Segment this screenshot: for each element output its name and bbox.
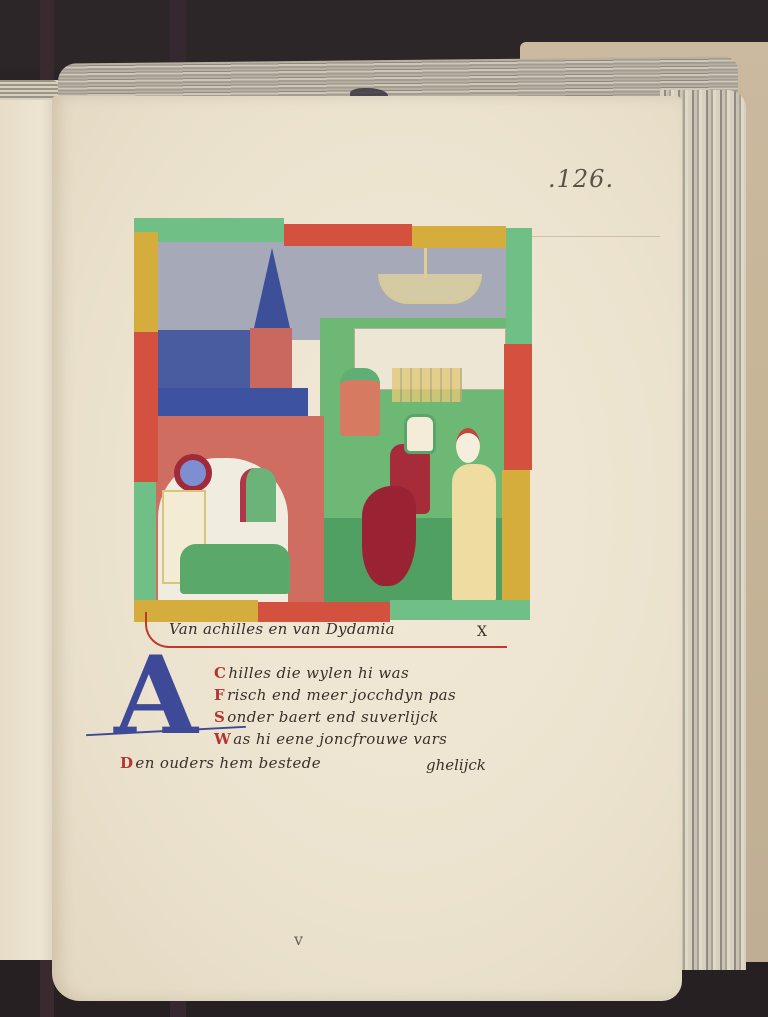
verse-line: Chilles die wylen hi was — [214, 664, 409, 682]
catchword: ghelijck — [426, 756, 486, 774]
folio-number: .126. — [548, 165, 614, 193]
church-roof-lower — [158, 388, 308, 418]
border-right-green — [506, 228, 532, 344]
ship — [378, 274, 482, 304]
border-left-green — [134, 482, 156, 610]
verse-line: Was hi eene joncfrouwe vars — [214, 730, 447, 748]
verse-capital: F — [214, 686, 225, 704]
bed-cover — [180, 544, 290, 594]
rubric: Van achilles en van Dydamia X — [145, 612, 510, 652]
church-spire — [254, 248, 290, 328]
woman-in-yellow-head — [456, 428, 480, 463]
illuminated-miniature — [134, 218, 532, 624]
woman-in-yellow — [452, 464, 496, 604]
woman-in-red-head — [404, 414, 436, 454]
verse-line: Sonder baert end suverlijck — [214, 708, 439, 726]
border-right-yellow — [502, 470, 530, 604]
arched-window — [240, 468, 276, 522]
border-right-red — [504, 344, 532, 470]
crowd — [392, 368, 462, 402]
verse-capital: C — [214, 664, 226, 682]
rubric-text: Van achilles en van Dydamia — [169, 620, 395, 638]
verse-text: onder baert end suverlijck — [227, 708, 438, 726]
border-left-red — [134, 332, 158, 482]
verse-capital: D — [120, 754, 133, 772]
verse-capital: W — [214, 730, 231, 748]
left-page-edge — [0, 80, 58, 960]
border-top-red — [284, 224, 412, 246]
rose-window — [174, 454, 212, 492]
woman-in-red — [362, 486, 416, 586]
verse-text: as hi eene joncfrouwe vars — [233, 730, 447, 748]
left-page-leaves — [0, 80, 58, 100]
verse-line: Den ouders hem bestede — [120, 754, 321, 772]
verse-text: hilles die wylen hi was — [228, 664, 409, 682]
verse-capital: S — [214, 708, 225, 726]
rubric-chapter-number: X — [477, 624, 487, 640]
quire-signature: v — [294, 930, 303, 949]
border-top-yellow — [412, 226, 506, 248]
verse-text: en ouders hem bestede — [135, 754, 321, 772]
seated-man — [340, 368, 380, 436]
border-left-yellow — [134, 232, 158, 332]
verse-text: risch end meer jocchdyn pas — [227, 686, 456, 704]
verse-line: Frisch end meer jocchdyn pas — [214, 686, 456, 704]
